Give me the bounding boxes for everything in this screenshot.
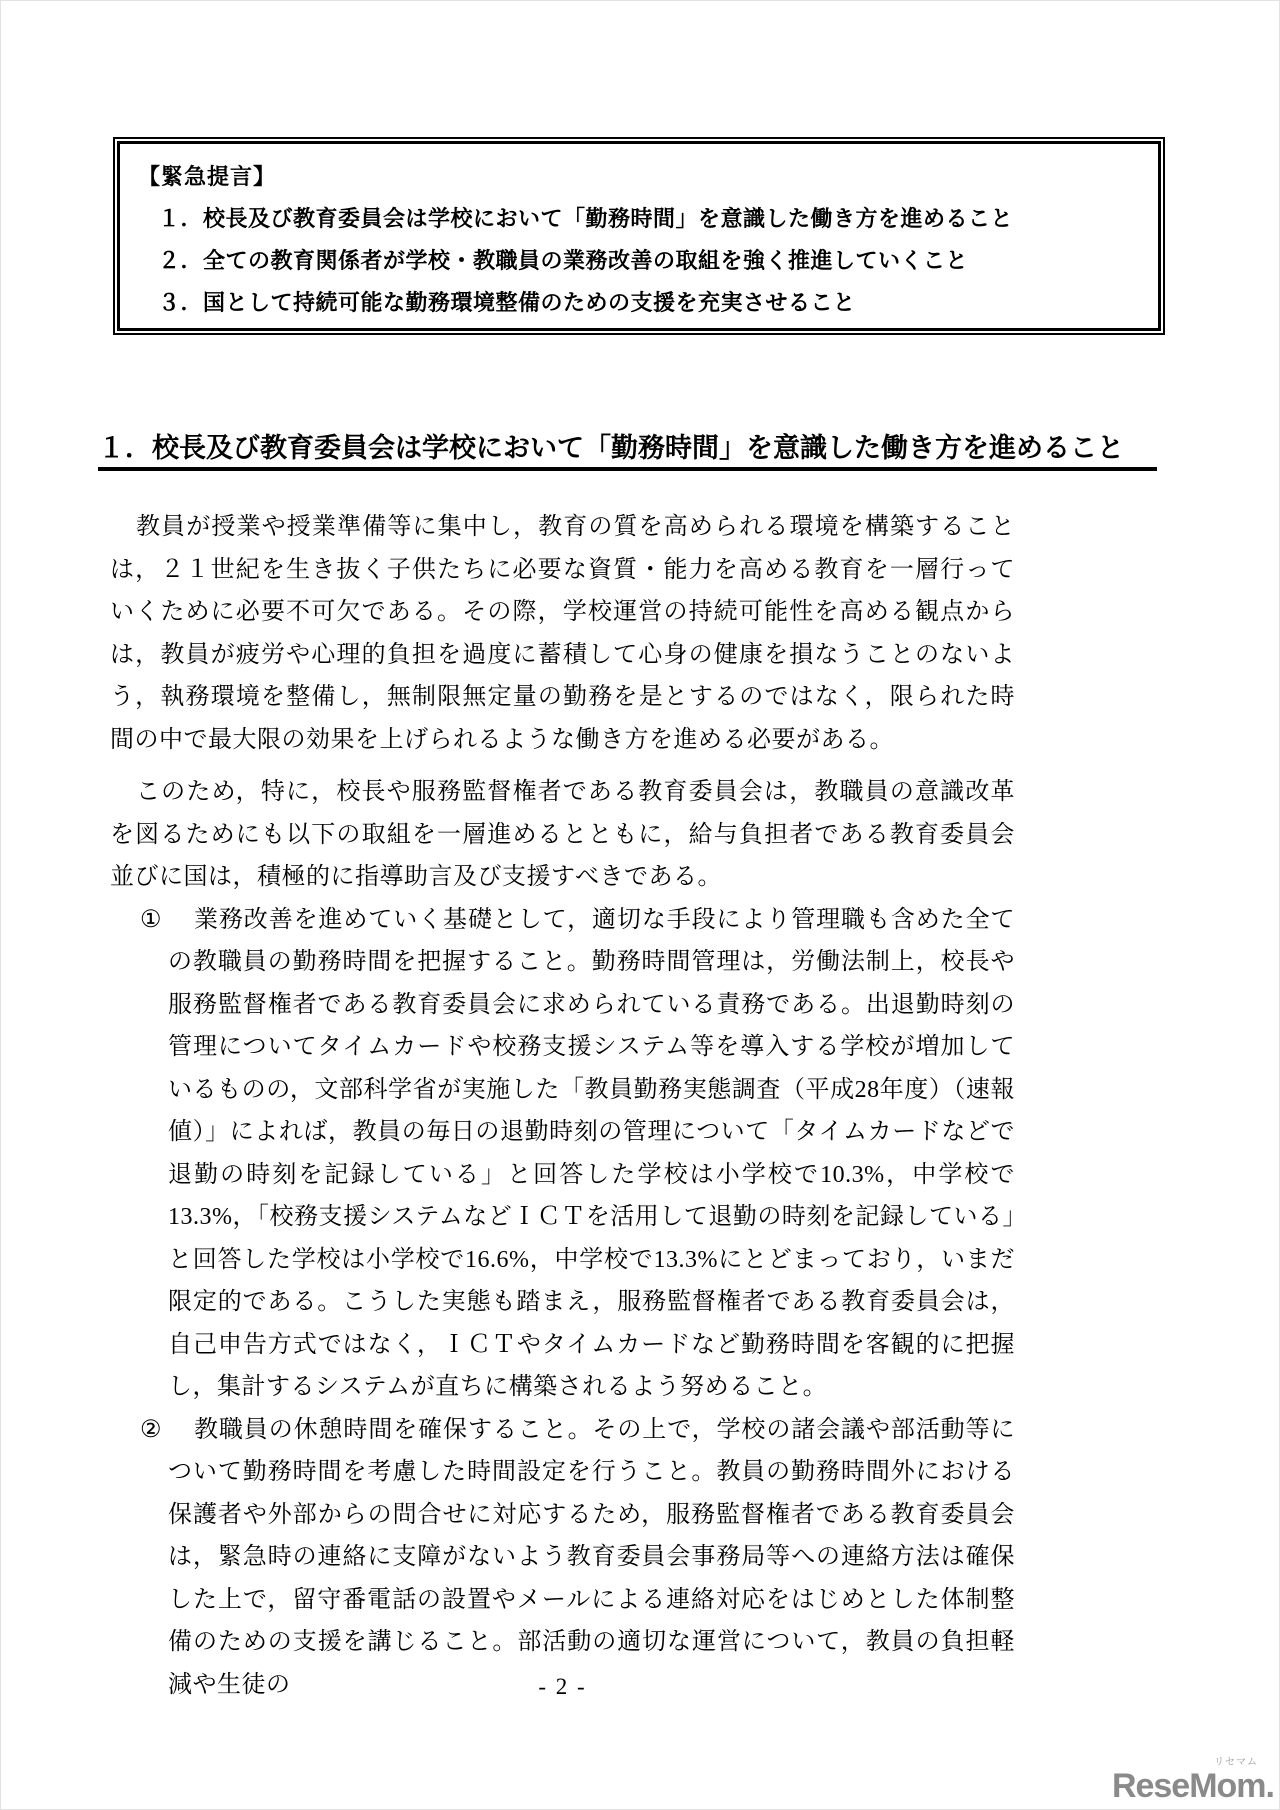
numbered-item-2: ② 教職員の休憩時間を確保すること。その上で，学校の諸会議や部活動等について勤務… <box>110 1409 1015 1707</box>
item-marker-circled-2: ② <box>140 1409 162 1452</box>
emergency-box-title: 【緊急提言】 <box>138 156 1140 198</box>
body-paragraph-2: このため，特に，校長や服務監督権者である教育委員会は，教職員の意識改革を図るため… <box>110 771 1015 899</box>
emergency-box-item-2: ２．全ての教育関係者が学校・教職員の業務改善の取組を強く推進していくこと <box>138 240 1140 282</box>
body-paragraph-1: 教員が授業や授業準備等に集中し，教育の質を高められる環境を構築することは，２１世… <box>110 506 1015 761</box>
page-number: - 2 - <box>0 1674 1125 1700</box>
body-text-column: 教員が授業や授業準備等に集中し，教育の質を高められる環境を構築することは，２１世… <box>110 506 1015 1706</box>
emergency-proposal-box: 【緊急提言】 １．校長及び教育委員会は学校において「勤務時間」を意識した働き方を… <box>113 137 1165 335</box>
numbered-item-1-text: 業務改善を進めていく基礎として，適切な手段により管理職も含めた全ての教職員の勤務… <box>168 907 1015 1401</box>
section-1-heading: １．校長及び教育委員会は学校において「勤務時間」を意識した働き方を進めること <box>98 433 1157 471</box>
emergency-proposal-box-inner: 【緊急提言】 １．校長及び教育委員会は学校において「勤務時間」を意識した働き方を… <box>117 141 1161 331</box>
numbered-item-2-text: 教職員の休憩時間を確保すること。その上で，学校の諸会議や部活動等について勤務時間… <box>168 1417 1015 1698</box>
resemom-logo-text: ReseMom. <box>1112 1769 1274 1803</box>
document-page: 【緊急提言】 １．校長及び教育委員会は学校において「勤務時間」を意識した働き方を… <box>0 0 1280 1810</box>
item-marker-circled-1: ① <box>140 899 162 942</box>
emergency-box-item-3: ３．国として持続可能な勤務環境整備のための支援を充実させること <box>138 282 1140 324</box>
numbered-item-1: ① 業務改善を進めていく基礎として，適切な手段により管理職も含めた全ての教職員の… <box>110 899 1015 1409</box>
resemom-watermark: リセマム ReseMom. <box>1112 1758 1274 1803</box>
emergency-box-item-1: １．校長及び教育委員会は学校において「勤務時間」を意識した働き方を進めること <box>138 198 1140 240</box>
